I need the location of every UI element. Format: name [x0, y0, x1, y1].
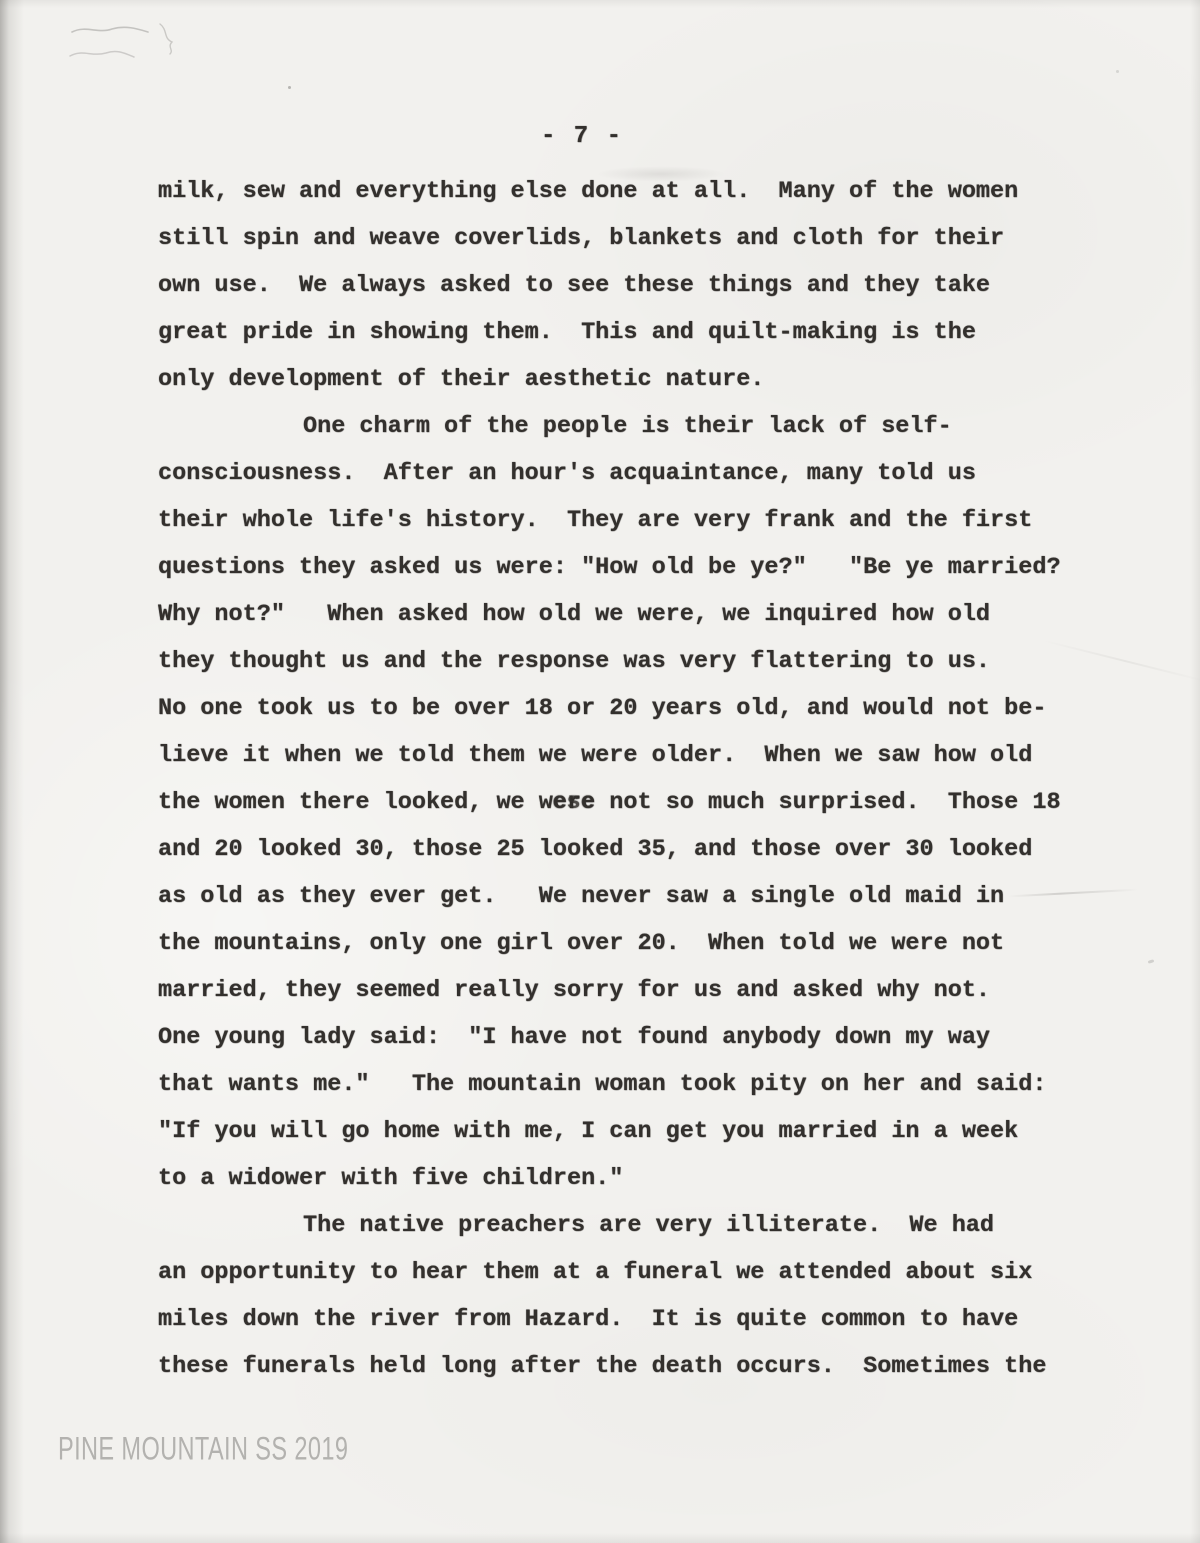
paragraph: milk, sew and everything else done at al… — [158, 168, 1098, 403]
text-line: questions they asked us were: "How old b… — [158, 544, 1098, 591]
paragraph: One charm of the people is their lack of… — [158, 403, 1098, 1202]
text-line: an opportunity to hear them at a funeral… — [158, 1249, 1098, 1296]
overstrike-layer: ese — [552, 779, 594, 826]
text-line: miles down the river from Hazard. It is … — [158, 1296, 1098, 1343]
text-line: own use. We always asked to see these th… — [158, 262, 1098, 309]
text-line: these funerals held long after the death… — [158, 1343, 1098, 1390]
overstruck-word: wereese — [539, 779, 595, 826]
text-line: milk, sew and everything else done at al… — [158, 168, 1098, 215]
text-line: to a widower with five children." — [158, 1155, 1098, 1202]
ink-speck — [1148, 959, 1155, 963]
page-number: - 7 - — [0, 124, 1164, 150]
text-line: lieve it when we told them we were older… — [158, 732, 1098, 779]
text-line: still spin and weave coverlids, blankets… — [158, 215, 1098, 262]
pencil-scribble-mark — [64, 16, 214, 72]
ink-speck — [1116, 70, 1119, 73]
text-line: their whole life's history. They are ver… — [158, 497, 1098, 544]
text-line: married, they seemed really sorry for us… — [158, 967, 1098, 1014]
text-line: that wants me." The mountain woman took … — [158, 1061, 1098, 1108]
text-segment: not so much surprised. Those 18 — [595, 789, 1060, 816]
text-line: they thought us and the response was ver… — [158, 638, 1098, 685]
paragraph: The native preachers are very illiterate… — [158, 1202, 1098, 1390]
text-segment: the women there looked, we — [158, 789, 539, 816]
text-line: consciousness. After an hour's acquainta… — [158, 450, 1098, 497]
archive-watermark: PINE MOUNTAIN SS 2019 — [58, 1431, 348, 1467]
text-line: great pride in showing them. This and qu… — [158, 309, 1098, 356]
text-line: the mountains, only one girl over 20. Wh… — [158, 920, 1098, 967]
text-line: One young lady said: "I have not found a… — [158, 1014, 1098, 1061]
scanned-typewritten-page: - 7 - milk, sew and everything else done… — [0, 0, 1200, 1543]
ink-speck — [288, 86, 291, 89]
text-line: The native preachers are very illiterate… — [158, 1202, 1098, 1249]
text-line: No one took us to be over 18 or 20 years… — [158, 685, 1098, 732]
text-line: and 20 looked 30, those 25 looked 35, an… — [158, 826, 1098, 873]
text-line: Why not?" When asked how old we were, we… — [158, 591, 1098, 638]
text-line-with-overstrike: the women there looked, we wereese not s… — [158, 779, 1098, 826]
text-line: as old as they ever get. We never saw a … — [158, 873, 1098, 920]
text-line: only development of their aesthetic natu… — [158, 356, 1098, 403]
text-line: "If you will go home with me, I can get … — [158, 1108, 1098, 1155]
text-line: One charm of the people is their lack of… — [158, 403, 1098, 450]
document-body-text: milk, sew and everything else done at al… — [158, 168, 1098, 1390]
